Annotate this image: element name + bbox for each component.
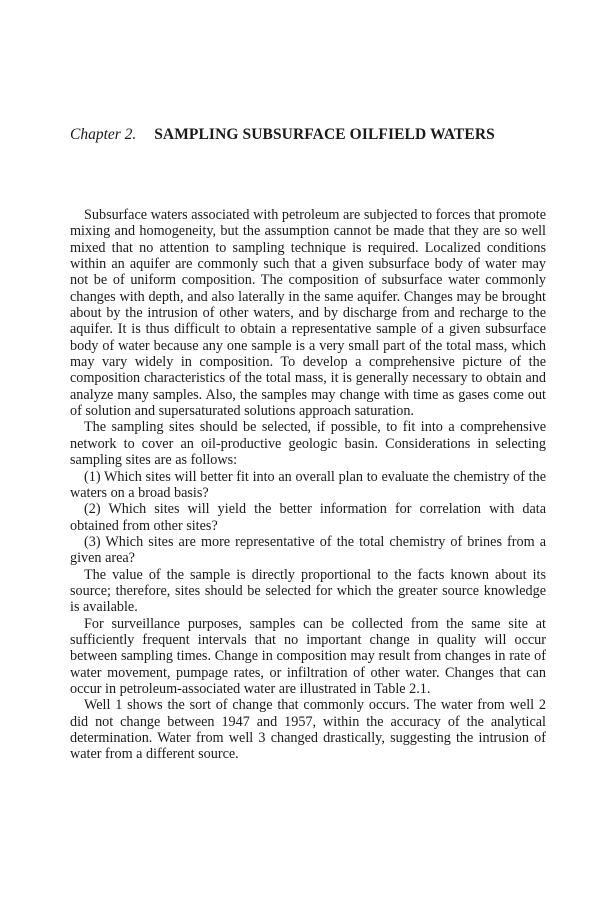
consideration-item-1: (1) Which sites will better fit into an … [70, 469, 546, 502]
paragraph-sample-value: The value of the sample is directly prop… [70, 567, 546, 616]
paragraph-sampling-sites: The sampling sites should be selected, i… [70, 419, 546, 468]
paragraph-surveillance: For surveillance purposes, samples can b… [70, 616, 546, 698]
body-text: Subsurface waters associated with petrol… [70, 207, 546, 763]
consideration-item-2: (2) Which sites will yield the better in… [70, 501, 546, 534]
chapter-heading: Chapter 2. SAMPLING SUBSURFACE OILFIELD … [70, 126, 495, 144]
consideration-item-3: (3) Which sites are more representative … [70, 534, 546, 567]
paragraph-intro: Subsurface waters associated with petrol… [70, 207, 546, 419]
document-page: Chapter 2. SAMPLING SUBSURFACE OILFIELD … [0, 0, 615, 900]
chapter-title: SAMPLING SUBSURFACE OILFIELD WATERS [154, 126, 495, 143]
paragraph-wells: Well 1 shows the sort of change that com… [70, 697, 546, 762]
chapter-label: Chapter 2. [70, 126, 136, 143]
